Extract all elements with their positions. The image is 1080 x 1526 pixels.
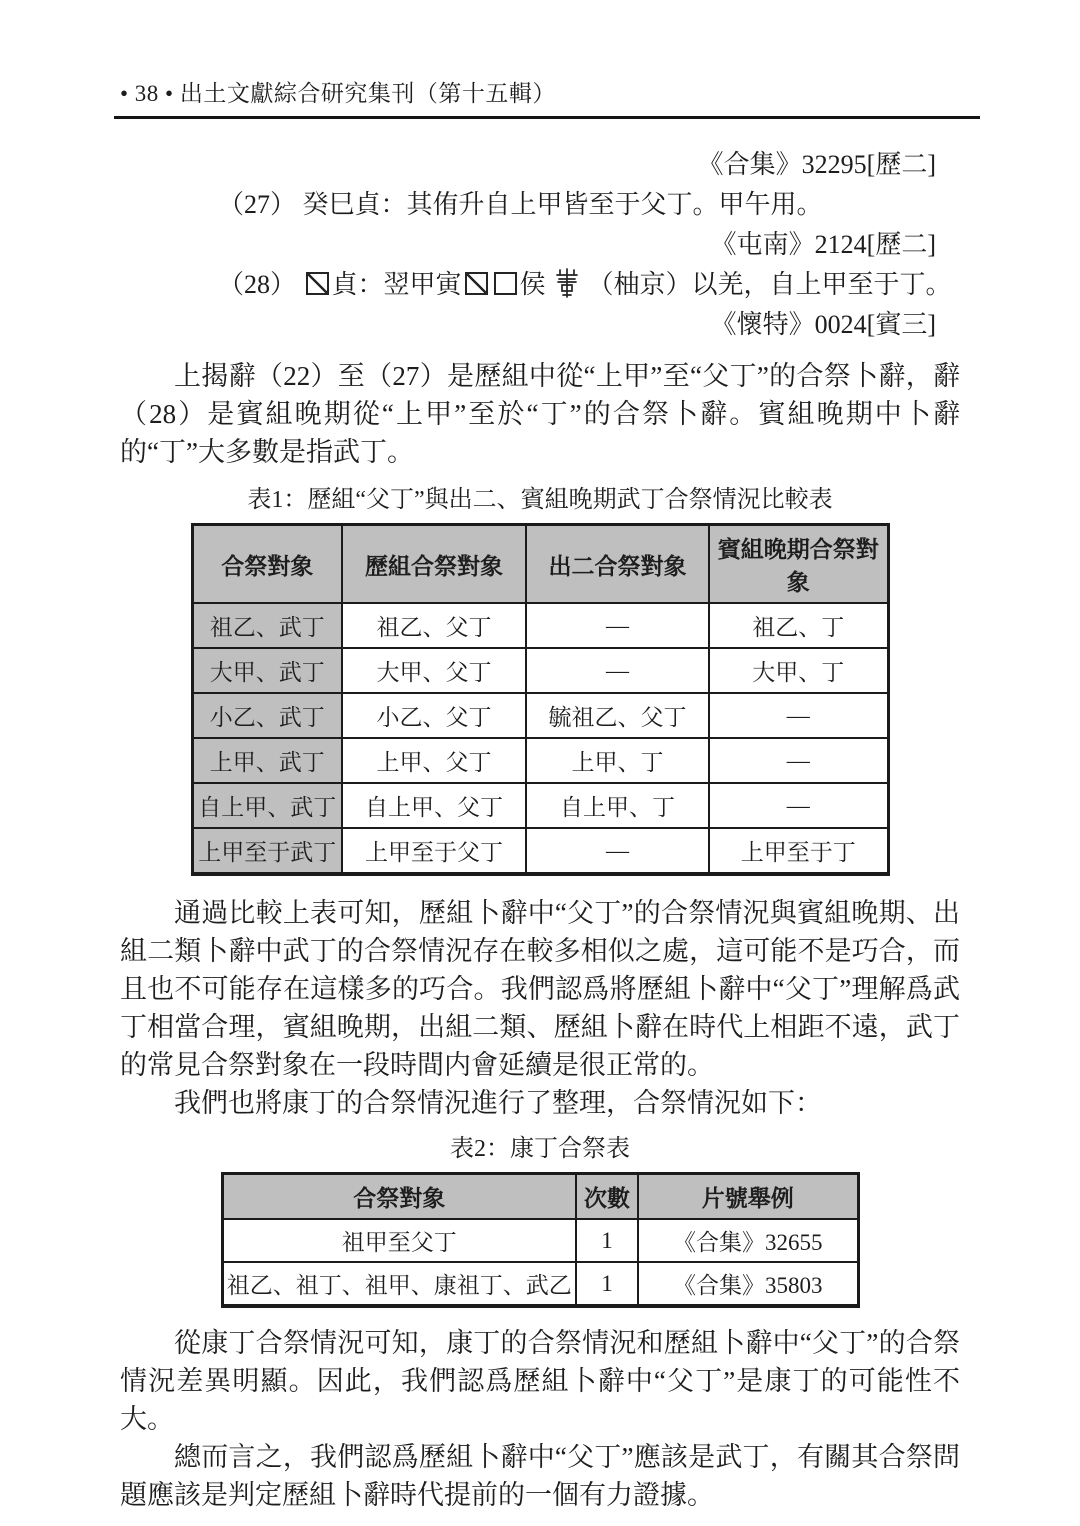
page-number-and-journal-title: • 38 • 出土文獻綜合研究集刊（第十五輯）: [120, 81, 556, 106]
t1-rowhead-cell: 祖乙、武丁: [192, 603, 342, 648]
t1-rowhead-cell: 小乙、武丁: [192, 693, 342, 738]
t2-cell: 祖甲至父丁: [222, 1219, 576, 1262]
table-row: 祖甲至父丁 1 《合集》32655: [222, 1219, 858, 1262]
kangding-table: 合祭對象 次數 片號舉例 祖甲至父丁 1 《合集》32655 祖乙、祖丁、祖甲、…: [221, 1172, 860, 1308]
paragraph-kangding-intro: 我們也將康丁的合祭情況進行了整理，合祭情況如下：: [120, 1084, 960, 1122]
inscription-28-number: （28）: [218, 270, 303, 299]
t1-cell: 祖乙、丁: [709, 603, 888, 648]
t1-cell: 自上甲、丁: [526, 783, 709, 828]
inscription-block: 《合集》32295[歷二] （27） 癸巳貞：其侑升自上甲皆至于父丁。甲午用。 …: [120, 145, 960, 345]
inscription-28-segment-3: （柚京）以羌，自上甲至于丁。: [588, 270, 952, 299]
header-rule: [114, 116, 980, 119]
t1-cell: 大甲、丁: [709, 648, 888, 693]
t1-cell: —: [709, 783, 888, 828]
t1-cell: 上甲至于丁: [709, 828, 888, 874]
t1-cell: —: [526, 828, 709, 874]
citation-huaite-0024: 《懷特》0024[賓三]: [120, 305, 960, 345]
inscription-28-segment-1: 貞：翌甲寅: [332, 270, 462, 299]
t2-cell: 《合集》35803: [638, 1262, 858, 1306]
table2-header-row: 合祭對象 次數 片號舉例: [222, 1174, 858, 1220]
paragraph-analysis: 通過比較上表可知，歷組卜辭中“父丁”的合祭情況與賓組晚期、出組二類卜辭中武丁的合…: [120, 894, 960, 1084]
inscription-line-28: （28） 貞：翌甲寅侯（柚京）以羌，自上甲至于丁。: [120, 265, 960, 305]
table-row: 上甲、武丁 上甲、父丁 上甲、丁 —: [192, 738, 888, 783]
table2-caption: 表2：康丁合祭表: [120, 1134, 960, 1164]
running-header: • 38 • 出土文獻綜合研究集刊（第十五輯）: [120, 80, 960, 108]
t1-cell: 小乙、父丁: [342, 693, 526, 738]
t1-cell: 上甲至于父丁: [342, 828, 526, 874]
t1-header-cell: 賓組晚期合祭對象: [709, 525, 888, 604]
t2-cell: 1: [576, 1262, 638, 1306]
table-row: 大甲、武丁 大甲、父丁 — 大甲、丁: [192, 648, 888, 693]
paragraph-kangding-conclusion: 從康丁合祭情況可知，康丁的合祭情況和歷組卜辭中“父丁”的合祭情況差異明顯。因此，…: [120, 1324, 960, 1438]
inscription-28-segment-2: 侯: [520, 270, 546, 299]
t1-cell: —: [709, 738, 888, 783]
t1-cell: 上甲、丁: [526, 738, 709, 783]
t1-rowhead-cell: 自上甲、武丁: [192, 783, 342, 828]
table-row: 祖乙、祖丁、祖甲、康祖丁、武乙 1 《合集》35803: [222, 1262, 858, 1306]
t1-header-cell: 合祭對象: [192, 525, 342, 604]
t1-cell: 祖乙、父丁: [342, 603, 526, 648]
t1-cell: 大甲、父丁: [342, 648, 526, 693]
table-row: 上甲至于武丁 上甲至于父丁 — 上甲至于丁: [192, 828, 888, 874]
damaged-char-box-icon: [306, 272, 329, 295]
t1-cell: —: [526, 648, 709, 693]
t2-header-cell: 合祭對象: [222, 1174, 576, 1220]
t2-header-cell: 片號舉例: [638, 1174, 858, 1220]
t2-header-cell: 次數: [576, 1174, 638, 1220]
table-row: 祖乙、武丁 祖乙、父丁 — 祖乙、丁: [192, 603, 888, 648]
paragraph-intro: 上揭辭（22）至（27）是歷組中從“上甲”至“父丁”的合祭卜辭，辭（28）是賓組…: [120, 357, 960, 471]
table1-header-row: 合祭對象 歷組合祭對象 出二合祭對象 賓組晚期合祭對象: [192, 525, 888, 604]
t1-rowhead-cell: 上甲、武丁: [192, 738, 342, 783]
t2-cell: 祖乙、祖丁、祖甲、康祖丁、武乙: [222, 1262, 576, 1306]
t1-header-cell: 歷組合祭對象: [342, 525, 526, 604]
t2-cell: 1: [576, 1219, 638, 1262]
damaged-char-box-icon: [465, 272, 488, 295]
t1-rowhead-cell: 大甲、武丁: [192, 648, 342, 693]
t1-cell: 上甲、父丁: [342, 738, 526, 783]
t1-rowhead-cell: 上甲至于武丁: [192, 828, 342, 874]
missing-char-box-icon: [494, 272, 517, 295]
table-row: 自上甲、武丁 自上甲、父丁 自上甲、丁 —: [192, 783, 888, 828]
t1-header-cell: 出二合祭對象: [526, 525, 709, 604]
t1-cell: 毓祖乙、父丁: [526, 693, 709, 738]
citation-heji-32295: 《合集》32295[歷二]: [120, 145, 960, 185]
paragraph-final-conclusion: 總而言之，我們認爲歷組卜辭中“父丁”應該是武丁，有關其合祭問題應該是判定歷組卜辭…: [120, 1438, 960, 1514]
t1-cell: —: [526, 603, 709, 648]
citation-tunnan-2124: 《屯南》2124[歷二]: [120, 225, 960, 265]
journal-page: • 38 • 出土文獻綜合研究集刊（第十五輯） 《合集》32295[歷二] （2…: [0, 0, 1080, 1526]
comparison-table: 合祭對象 歷組合祭對象 出二合祭對象 賓組晚期合祭對象 祖乙、武丁 祖乙、父丁 …: [191, 523, 890, 876]
table-row: 小乙、武丁 小乙、父丁 毓祖乙、父丁 —: [192, 693, 888, 738]
t1-cell: —: [709, 693, 888, 738]
oracle-compound-glyph-icon: [555, 268, 579, 298]
table1-caption: 表1：歷組“父丁”與出二、賓組晚期武丁合祭情況比較表: [120, 485, 960, 515]
t2-cell: 《合集》32655: [638, 1219, 858, 1262]
t1-cell: 自上甲、父丁: [342, 783, 526, 828]
inscription-line-27: （27） 癸巳貞：其侑升自上甲皆至于父丁。甲午用。: [120, 185, 960, 225]
